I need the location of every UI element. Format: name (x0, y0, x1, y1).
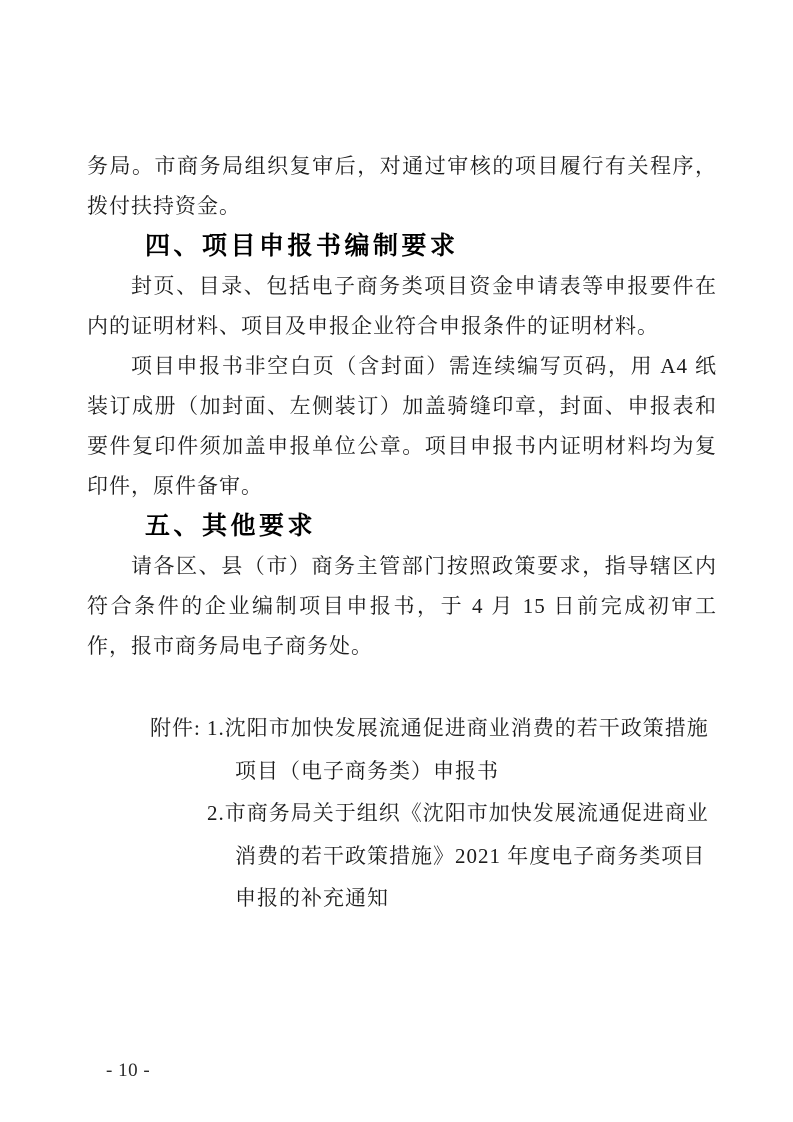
section-heading-4: 四、项目申报书编制要求 (145, 226, 717, 266)
attachment-item-line: 1.沈阳市加快发展流通促进商业消费的若干政策措施 (207, 707, 717, 750)
paragraph-continuation: 务局。市商务局组织复审后，对通过审核的项目履行有关程序，拨付扶持资金。 (87, 146, 717, 226)
attachment-item-line: 消费的若干政策措施》2021 年度电子商务类项目 (235, 835, 717, 878)
attachment-item-line: 项目（电子商务类）申报书 (235, 750, 717, 793)
document-body: 务局。市商务局组织复审后，对通过审核的项目履行有关程序，拨付扶持资金。 四、项目… (87, 146, 717, 920)
attachment-item-line: 申报的补充通知 (235, 877, 717, 920)
page-number: - 10 - (106, 1059, 150, 1083)
paragraph: 项目申报书非空白页（含封面）需连续编写页码，用 A4 纸装订成册（加封面、左侧装… (87, 346, 717, 506)
section-heading-5: 五、其他要求 (145, 506, 717, 546)
paragraph: 请各区、县（市）商务主管部门按照政策要求，指导辖区内符合条件的企业编制项目申报书… (87, 546, 717, 666)
document-page: 务局。市商务局组织复审后，对通过审核的项目履行有关程序，拨付扶持资金。 四、项目… (0, 0, 793, 1122)
paragraph: 封页、目录、包括电子商务类项目资金申请表等申报要件在内的证明材料、项目及申报企业… (87, 266, 717, 346)
attachment-list: 附件: 1.沈阳市加快发展流通促进商业消费的若干政策措施 项目（电子商务类）申报… (87, 707, 717, 920)
attachment-item-line: 2.市商务局关于组织《沈阳市加快发展流通促进商业 (207, 792, 717, 835)
attachment-label: 附件: (150, 707, 201, 750)
